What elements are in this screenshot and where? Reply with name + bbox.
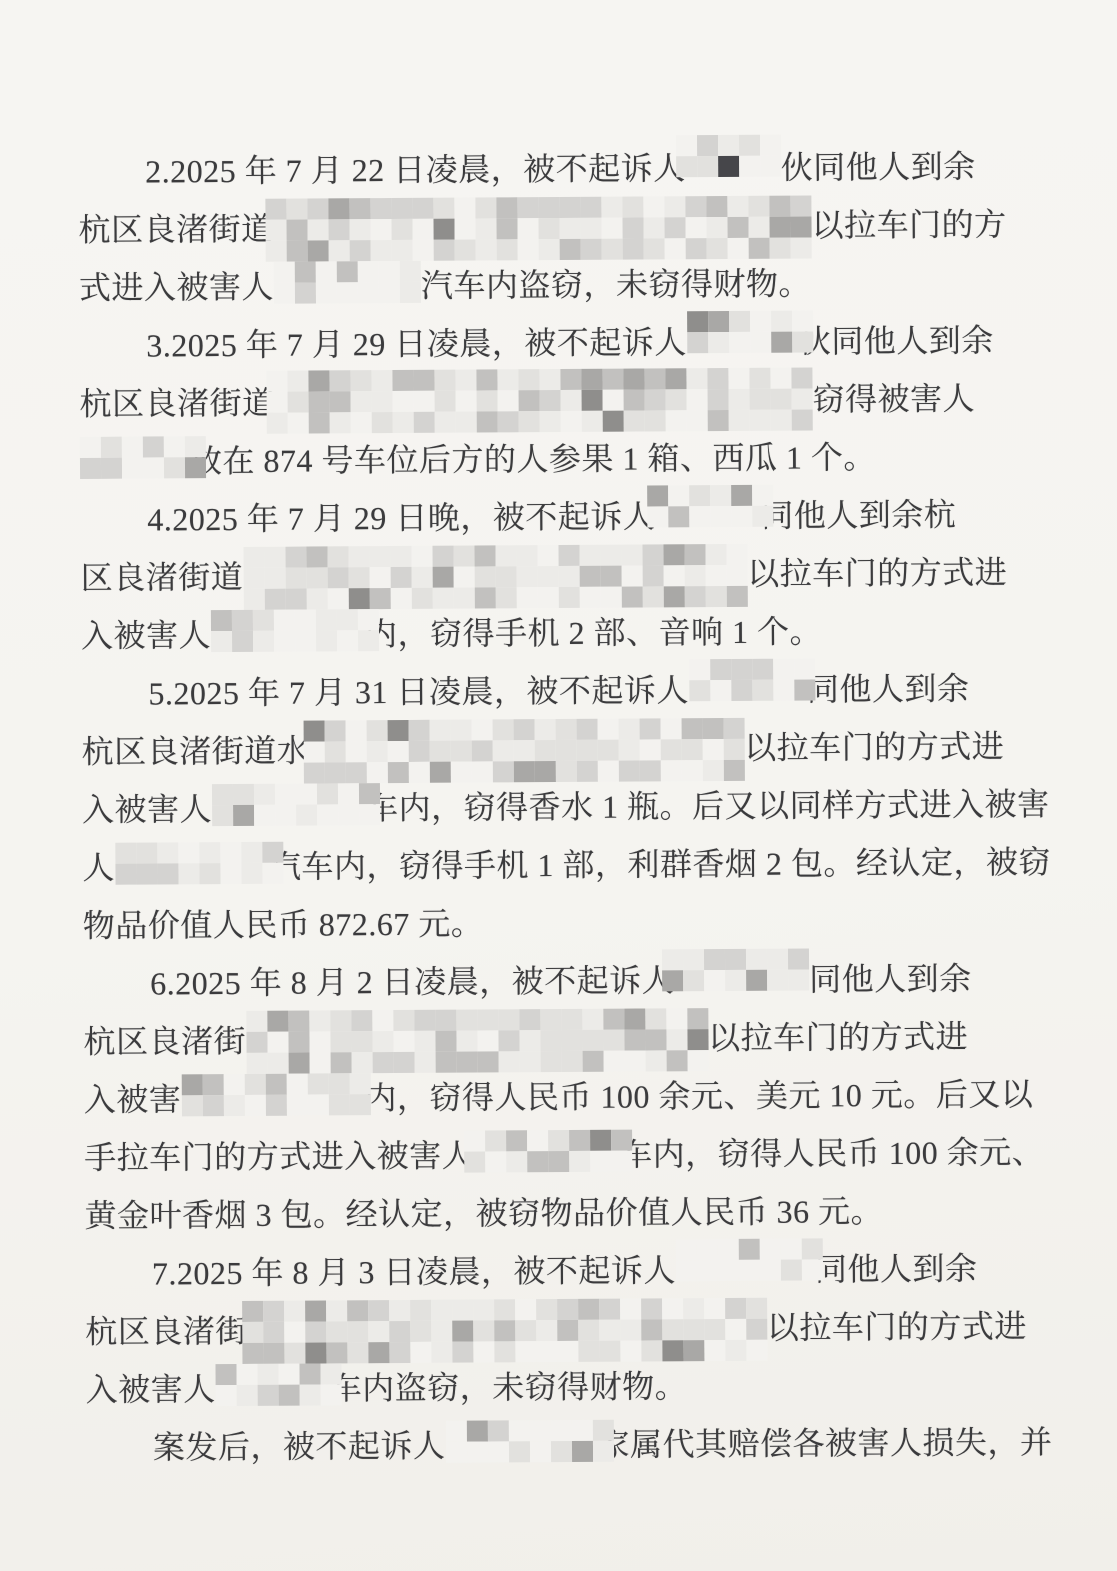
redaction-cell [560,368,581,389]
text-line: 杭区良渚街道窃得被害人 [79,367,1044,431]
redaction-cell [644,368,665,389]
redaction-cell [576,739,597,760]
redaction-cell [576,718,597,739]
redaction-cell [212,805,233,826]
text-run: 7.2025 年 8 月 3 日凌晨，被不起诉人 [152,1245,676,1294]
redaction-cell [794,658,815,679]
redaction-cell [560,217,581,238]
redaction-cell [371,240,392,261]
redaction-cell [369,588,390,609]
redaction-cell [664,196,685,217]
redaction-cell [518,369,539,390]
redaction-cell [704,1298,725,1319]
redaction-cell [241,842,262,863]
redaction-cell [241,863,262,884]
text-run: 黄金叶香烟 3 包。经认定，被窃物品价值人民币 36 元。 [84,1186,883,1237]
document-page: 2.2025 年 7 月 22 日凌晨，被不起诉人伙同他人到余杭区良渚街道以拉车… [0,0,1117,1571]
text-run: 杭区良渚街 [85,1306,248,1353]
text-run: 同他人到余 [807,664,970,711]
redaction-cell [411,566,432,587]
redaction-cell [718,1239,739,1260]
redaction-cell [358,609,379,630]
redaction-cell [494,1320,515,1341]
redaction-cell [223,1074,244,1095]
redaction-cell [687,1008,708,1029]
redaction-cell [676,1260,697,1281]
pixelated-redaction [687,310,813,353]
redaction-cell [243,588,264,609]
redaction-cell [517,197,538,218]
redaction-cell [414,1030,435,1051]
redaction-cell [557,1340,578,1361]
redaction-cell [718,1260,739,1281]
redaction-cell [265,1095,286,1116]
redaction-cell [710,680,731,701]
text-run: 5.2025 年 7 月 31 日凌晨，被不起诉人 [148,665,689,714]
redaction-cell [347,1300,368,1321]
text-run: 伙同他人到余 [799,315,994,362]
redaction-cell [220,863,241,884]
redaction-cell [390,566,411,587]
redaction-cell [729,409,750,430]
redaction-cell [708,388,729,409]
redaction-cell [329,370,350,391]
redaction-cell [539,369,560,390]
redaction-cell [580,196,601,217]
redaction-cell [666,1008,687,1029]
redaction-cell [683,949,704,970]
redaction-cell [464,1151,485,1172]
redaction-cell [603,1008,624,1029]
redaction-cell [704,1319,725,1340]
redaction-cell [495,587,516,608]
text-run: 入被害人 [81,610,211,657]
redaction-cell [275,784,296,805]
redaction-cell [603,389,624,410]
redaction-cell [232,631,253,652]
redaction-cell [471,719,492,740]
redaction-cell [450,761,471,782]
redaction-cell [296,804,317,825]
redaction-cell [791,237,812,258]
redaction-cell [477,1009,498,1030]
redaction-cell [569,1151,590,1172]
redaction-cell [600,544,621,565]
redaction-cell [704,1340,725,1361]
redaction-cell [452,1320,473,1341]
redaction-cell [286,1095,307,1116]
redaction-cell [143,457,164,478]
redaction-cell [728,367,749,388]
redaction-cell [285,546,306,567]
redaction-cell [370,198,391,219]
text-line: 2.2025 年 7 月 22 日凌晨，被不起诉人伙同他人到余 [78,135,1043,199]
redaction-cell [366,720,387,741]
text-line: 3.2025 年 7 月 29 日凌晨，被不起诉人伙同他人到余 [79,309,1044,373]
redaction-cell [664,217,685,238]
redaction-cell [746,949,767,970]
redaction-cell [723,738,744,759]
text-run: 以拉车门的方式进 [767,1301,1027,1349]
paragraph-incident-5: 5.2025 年 7 月 31 日凌晨，被不起诉人同他人到余杭区良渚街道水以拉车… [81,657,1048,953]
redaction-cell [790,195,811,216]
redaction-cell [602,238,623,259]
text-run: 入被害人 [85,1364,215,1411]
redaction-cell [508,1420,529,1441]
redaction-cell [644,238,665,259]
redaction-cell [498,390,519,411]
redaction-cell [540,411,561,432]
redaction-cell [351,1031,372,1052]
redaction-cell [466,1420,487,1441]
redaction-cell [433,197,454,218]
redaction-cell [296,783,317,804]
redaction-cell [618,760,639,781]
redaction-cell [232,610,253,631]
redaction-cell [624,1050,645,1071]
redaction-cell [330,1010,351,1031]
redaction-cell [792,388,813,409]
redaction-cell [581,238,602,259]
redaction-cell [760,1239,781,1260]
redaction-cell [309,1052,330,1073]
redaction-cell [537,545,558,566]
redaction-cell [306,588,327,609]
redaction-cell [731,680,752,701]
redaction-cell [624,389,645,410]
text-line: 7.2025 年 8 月 3 日凌晨，被不起诉人同他人到余 [85,1237,1050,1301]
redaction-cell [265,1074,286,1095]
pixelated-redaction [266,367,812,433]
text-run: 入被害 [84,1074,182,1121]
text-run: 2.2025 年 7 月 22 日凌晨，被不起诉人 [145,143,686,192]
redaction-cell [683,1340,704,1361]
redaction-cell [178,842,199,863]
redaction-cell [305,1321,326,1342]
redaction-cell [157,842,178,863]
text-run: 入被害人 [82,784,212,831]
redaction-cell [202,1095,223,1116]
redaction-cell [309,1010,330,1031]
redaction-cell [683,1298,704,1319]
redaction-cell [558,565,579,586]
redaction-cell [611,1151,632,1172]
redaction-cell [726,564,747,585]
redaction-cell [622,196,643,217]
redaction-cell [697,1239,718,1260]
redaction-cell [393,411,414,432]
redaction-cell [697,156,718,177]
redaction-cell [791,367,812,388]
redaction-cell [244,1095,265,1116]
redaction-cell [770,367,791,388]
redaction-cell [307,1073,328,1094]
redaction-cell [371,219,392,240]
redaction-cell [435,411,456,432]
redaction-cell [309,391,330,412]
pixelated-redaction [211,609,379,652]
redaction-cell [157,863,178,884]
redaction-cell [792,310,813,331]
redaction-cell [434,218,455,239]
redaction-cell [600,565,621,586]
redaction-cell [477,411,498,432]
redaction-cell [387,740,408,761]
redaction-cell [687,389,708,410]
redaction-cell [431,1299,452,1320]
redaction-cell [708,332,729,353]
redaction-cell [550,1420,571,1441]
redaction-cell [487,1441,508,1462]
redaction-cell [358,630,379,651]
text-line: 手拉车门的方式进入被害人车内，窃得人民币 100 余元、 [84,1121,1049,1185]
text-line: 入被害人车内盗窃，未窃得财物。 [85,1353,1050,1417]
redaction-cell [681,718,702,739]
pixelated-redaction [676,1238,823,1281]
redaction-cell [474,566,495,587]
redaction-cell [689,485,710,506]
redaction-cell [519,411,540,432]
redaction-cell [435,1030,456,1051]
redaction-cell [602,217,623,238]
redaction-cell [431,1341,452,1362]
redaction-cell [456,390,477,411]
redaction-cell [579,544,600,565]
redaction-cell [338,783,359,804]
redaction-cell [578,1319,599,1340]
redaction-cell [641,1340,662,1361]
redaction-cell [263,1300,284,1321]
redaction-cell [497,369,518,390]
redaction-cell [455,239,476,260]
redaction-cell [372,1010,393,1031]
text-run: 家属代其赔偿各被害人损失，并 [597,1417,1052,1466]
text-line: 物品价值人民币 872.67 元。 [83,889,1048,953]
redaction-cell [752,506,773,527]
redaction-cell [338,804,359,825]
redaction-cell [237,1385,258,1406]
redaction-cell [794,679,815,700]
paragraph-incident-3: 3.2025 年 7 月 29 日凌晨，被不起诉人伙同他人到余杭区良渚街道窃得被… [79,309,1045,489]
redaction-cell [582,1008,603,1029]
redaction-cell [746,1339,767,1360]
redaction-cell [329,219,350,240]
redaction-cell [327,588,348,609]
redaction-cell [727,195,748,216]
redaction-cell [492,740,513,761]
text-line: 杭区良渚街以拉车门的方式进 [83,1005,1048,1069]
redaction-cell [371,370,392,391]
redaction-cell [645,410,666,431]
redaction-cell [660,718,681,739]
redaction-cell [348,546,369,567]
redaction-cell [242,1342,263,1363]
redaction-cell [498,411,519,432]
redaction-cell [393,390,414,411]
redaction-cell [408,761,429,782]
text-line: 入被害人内，窃得手机 2 部、音响 1 个。 [81,599,1046,663]
pixelated-redaction [662,948,809,991]
redaction-cell [411,587,432,608]
text-run: 杭区良渚街 [83,1016,246,1063]
redaction-cell [220,842,241,863]
redaction-cell [684,544,705,565]
redaction-cell [537,587,558,608]
text-run: 杭区良渚街道水 [82,726,310,773]
redaction-cell [434,369,455,390]
redaction-cell [136,863,157,884]
redaction-cell [212,784,233,805]
redaction-cell [295,610,316,631]
document-body: 2.2025 年 7 月 22 日凌晨，被不起诉人伙同他人到余杭区良渚街道以拉车… [78,135,1051,1475]
redaction-cell [558,544,579,565]
redaction-cell [326,1321,347,1342]
redaction-cell [516,566,537,587]
redaction-cell [359,783,380,804]
redaction-cell [760,156,781,177]
redaction-cell [707,367,728,388]
redaction-cell [287,370,308,391]
redaction-cell [474,545,495,566]
redaction-cell [164,457,185,478]
redaction-cell [559,196,580,217]
redaction-cell [327,546,348,567]
redaction-cell [432,587,453,608]
pixelated-redaction [181,1073,370,1116]
redaction-cell [414,1009,435,1030]
redaction-cell [242,1321,263,1342]
redaction-cell [215,1364,236,1385]
redaction-cell [621,544,642,565]
text-run: 杭区良渚街道 [78,204,273,251]
redaction-cell [185,457,206,478]
redaction-cell [303,762,324,783]
redaction-cell [80,437,101,458]
redaction-cell [519,1051,540,1072]
redaction-cell [328,1073,349,1094]
redaction-cell [508,1441,529,1462]
redaction-cell [731,506,752,527]
redaction-cell [705,564,726,585]
redaction-cell [687,311,708,332]
redaction-cell [624,1029,645,1050]
redaction-cell [300,1384,321,1405]
redaction-cell [666,1050,687,1071]
redaction-cell [706,216,727,237]
redaction-cell [746,1297,767,1318]
redaction-cell [725,1318,746,1339]
redaction-cell [413,218,434,239]
redaction-cell [410,1299,431,1320]
redaction-cell [435,1051,456,1072]
redaction-cell [527,1151,548,1172]
redaction-cell [662,1340,683,1361]
redaction-cell [645,389,666,410]
text-line: 6.2025 年 8 月 2 日凌晨，被不起诉人同他人到余 [83,947,1048,1011]
redaction-cell [538,197,559,218]
redaction-cell [475,197,496,218]
redaction-cell [662,970,683,991]
redaction-cell [752,659,773,680]
redaction-cell [328,198,349,219]
redaction-cell [686,238,707,259]
redaction-cell [307,1094,328,1115]
redaction-cell [660,739,681,760]
redaction-cell [729,388,750,409]
redaction-cell [599,1340,620,1361]
redaction-cell [710,506,731,527]
redaction-cell [599,1319,620,1340]
redaction-cell [366,741,387,762]
redaction-cell [431,1320,452,1341]
redaction-cell [702,718,723,739]
redaction-cell [540,1009,561,1030]
redaction-cell [264,546,285,567]
paragraph-incident-2: 2.2025 年 7 月 22 日凌晨，被不起诉人伙同他人到余杭区良渚街道以拉车… [78,135,1044,315]
redaction-cell [561,1050,582,1071]
redaction-cell [513,740,534,761]
redaction-cell [324,762,345,783]
redaction-cell [663,565,684,586]
redaction-cell [516,587,537,608]
redaction-cell [389,1320,410,1341]
text-run: 式进入被害人 [79,262,274,309]
redaction-cell [748,216,769,237]
redaction-cell [432,566,453,587]
redaction-cell [773,659,794,680]
redaction-cell [618,718,639,739]
redaction-cell [393,1051,414,1072]
redaction-cell [309,412,330,433]
redaction-cell [308,240,329,261]
redaction-cell [471,740,492,761]
redaction-cell [750,332,771,353]
redaction-cell [330,412,351,433]
redaction-cell [665,238,686,259]
redaction-cell [578,1340,599,1361]
redaction-cell [379,261,400,282]
redaction-cell [759,135,780,156]
text-run: 以拉车门的方 [811,199,1006,246]
text-run: 以拉车门的方式进 [747,547,1007,595]
redaction-cell [320,1363,341,1384]
redaction-cell [387,761,408,782]
redaction-cell [555,760,576,781]
text-line: 杭区良渚街以拉车门的方式进 [85,1295,1050,1359]
redaction-cell [498,1009,519,1030]
redaction-cell [391,197,412,218]
redaction-cell [368,1321,389,1342]
redaction-cell [288,412,309,433]
redaction-cell [561,389,582,410]
redaction-cell [351,391,372,412]
redaction-cell [623,368,644,389]
redaction-cell [684,565,705,586]
redaction-cell [392,218,413,239]
redaction-cell [492,761,513,782]
redaction-cell [303,741,324,762]
redaction-cell [513,719,534,740]
redaction-cell [350,240,371,261]
text-line: 入被害内，窃得人民币 100 余元、美元 10 元。后又以 [84,1063,1049,1127]
redaction-cell [802,1238,823,1259]
redaction-cell [181,1095,202,1116]
redaction-cell [723,717,744,738]
redaction-cell [400,282,421,303]
redaction-cell [305,1342,326,1363]
redaction-cell [327,567,348,588]
redaction-cell [686,368,707,389]
